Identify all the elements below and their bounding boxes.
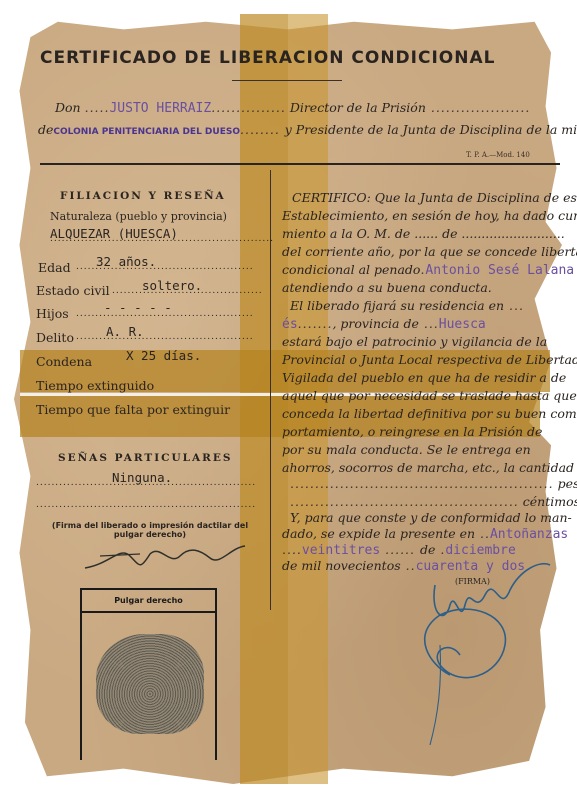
cert-line-4: condicional al penado.Antonio Sesé Lalan…: [282, 262, 574, 278]
thumbprint-box: Pulgar derecho: [80, 588, 217, 760]
place-value: Antoñanzas: [490, 527, 568, 542]
cert-line-15: ahorros, socorros de marcha, etc., la ca…: [282, 460, 577, 475]
cert-line-3: del corriente año, por la que se concede…: [282, 244, 577, 259]
cert-line-1: Establecimiento, en sesión de hoy, ha da…: [282, 208, 577, 223]
expide-label: dado, se expide la presente en: [282, 526, 475, 541]
dots: ........................................…: [76, 309, 254, 319]
de-label: de: [38, 122, 53, 137]
dots: ........................................…: [76, 332, 254, 342]
header-rule: [40, 163, 560, 165]
residencia-label: El liberado fijará su residencia en: [290, 298, 504, 313]
thumbprint-image: [96, 634, 204, 734]
dots: ........................................…: [36, 500, 256, 510]
novecientos-label: de mil novecientos: [282, 558, 401, 573]
document-title: CERTIFICADO DE LIBERACION CONDICIONAL: [40, 48, 560, 68]
cert-line-19: dado, se expide la presente en ..Antoñan…: [282, 526, 568, 542]
provincia-label: , provincia de: [332, 316, 418, 331]
don-label: Don: [55, 100, 81, 115]
cert-line-16: ........................................…: [290, 476, 577, 491]
field-estado-civil-label: Estado civil: [36, 283, 110, 298]
cert-line-14: por su mala conducta. Se le entrega en: [282, 442, 531, 457]
cert-line-17: ........................................…: [290, 494, 577, 509]
cert-line-6: El liberado fijará su residencia en ...: [290, 298, 524, 313]
penado-name: Antonio Sesé Lalana: [425, 263, 574, 278]
cert-line-7: és......., provincia de ...Huesca: [282, 316, 486, 332]
cert-line-12: conceda la libertad definitiva por su bu…: [282, 406, 577, 421]
field-delito-label: Delito: [36, 330, 74, 345]
province-value: Huesca: [439, 317, 486, 332]
form-code: T. P. A.—Mod. 140: [466, 151, 530, 159]
junta-text: y Presidente de la Junta de Disciplina d…: [285, 122, 577, 137]
header-line-prison: deCOLONIA PENITENCIARIA DEL DUESO.......…: [38, 122, 577, 137]
dots: ........................................…: [36, 478, 256, 488]
header-line-don: Don .....JUSTO HERRAIZ............... Di…: [55, 100, 530, 116]
prison-stamp: COLONIA PENITENCIARIA DEL DUESO: [53, 127, 240, 137]
centimos-label: céntimos.: [523, 494, 577, 509]
residence-value: és: [282, 317, 298, 332]
dots: .......................................: [112, 286, 263, 296]
cert-line-11: aquel que por necesidad se traslade hast…: [282, 388, 577, 403]
director-text: Director de la Prisión: [290, 100, 426, 115]
cert-line-9: Provincial o Junta Local respectiva de L…: [282, 352, 577, 367]
cert-line-0: CERTIFICO: Que la Junta de Disciplina de…: [292, 190, 577, 205]
liberado-signature: [80, 536, 250, 576]
penado-label: condicional al penado: [282, 262, 420, 277]
pesetas-label: pesetas: [558, 476, 577, 491]
field-condena-value: X 25 días.: [126, 348, 201, 363]
dots: ........................................…: [50, 234, 274, 244]
cert-line-10: Vigilada del pueblo en que ha de residir…: [282, 370, 566, 385]
thumb-label: Pulgar derecho: [82, 590, 215, 613]
cert-line-2: miento a la O. M. de ...... de .........…: [282, 226, 565, 241]
field-edad-label: Edad: [38, 260, 71, 275]
cert-line-18: Y, para que conste y de conformidad lo m…: [290, 510, 572, 525]
senas-heading: SEÑAS PARTICULARES: [58, 452, 232, 464]
cert-line-13: portamiento, o reingrese en la Prisión d…: [282, 424, 542, 439]
field-tiempo-extinguido-label: Tiempo extinguido: [36, 378, 154, 393]
director-name: JUSTO HERRAIZ: [109, 101, 211, 116]
filiacion-heading: FILIACION Y RESEÑA: [60, 190, 226, 202]
field-tiempo-falta-label: Tiempo que falta por extinguir: [36, 402, 230, 417]
cert-line-8: estará bajo el patrocinio y vigilancia d…: [282, 334, 547, 349]
cert-line-5: atendiendo a su buena conducta.: [282, 280, 492, 295]
field-naturaleza-label: Naturaleza (pueblo y provincia): [50, 210, 227, 223]
title-rule: [232, 80, 342, 81]
field-hijos-label: Hijos: [36, 306, 69, 321]
dots: ........................................…: [76, 262, 254, 272]
day-value: veintitres: [302, 543, 380, 558]
director-signature: [390, 545, 570, 755]
field-condena-label: Condena: [36, 354, 92, 369]
